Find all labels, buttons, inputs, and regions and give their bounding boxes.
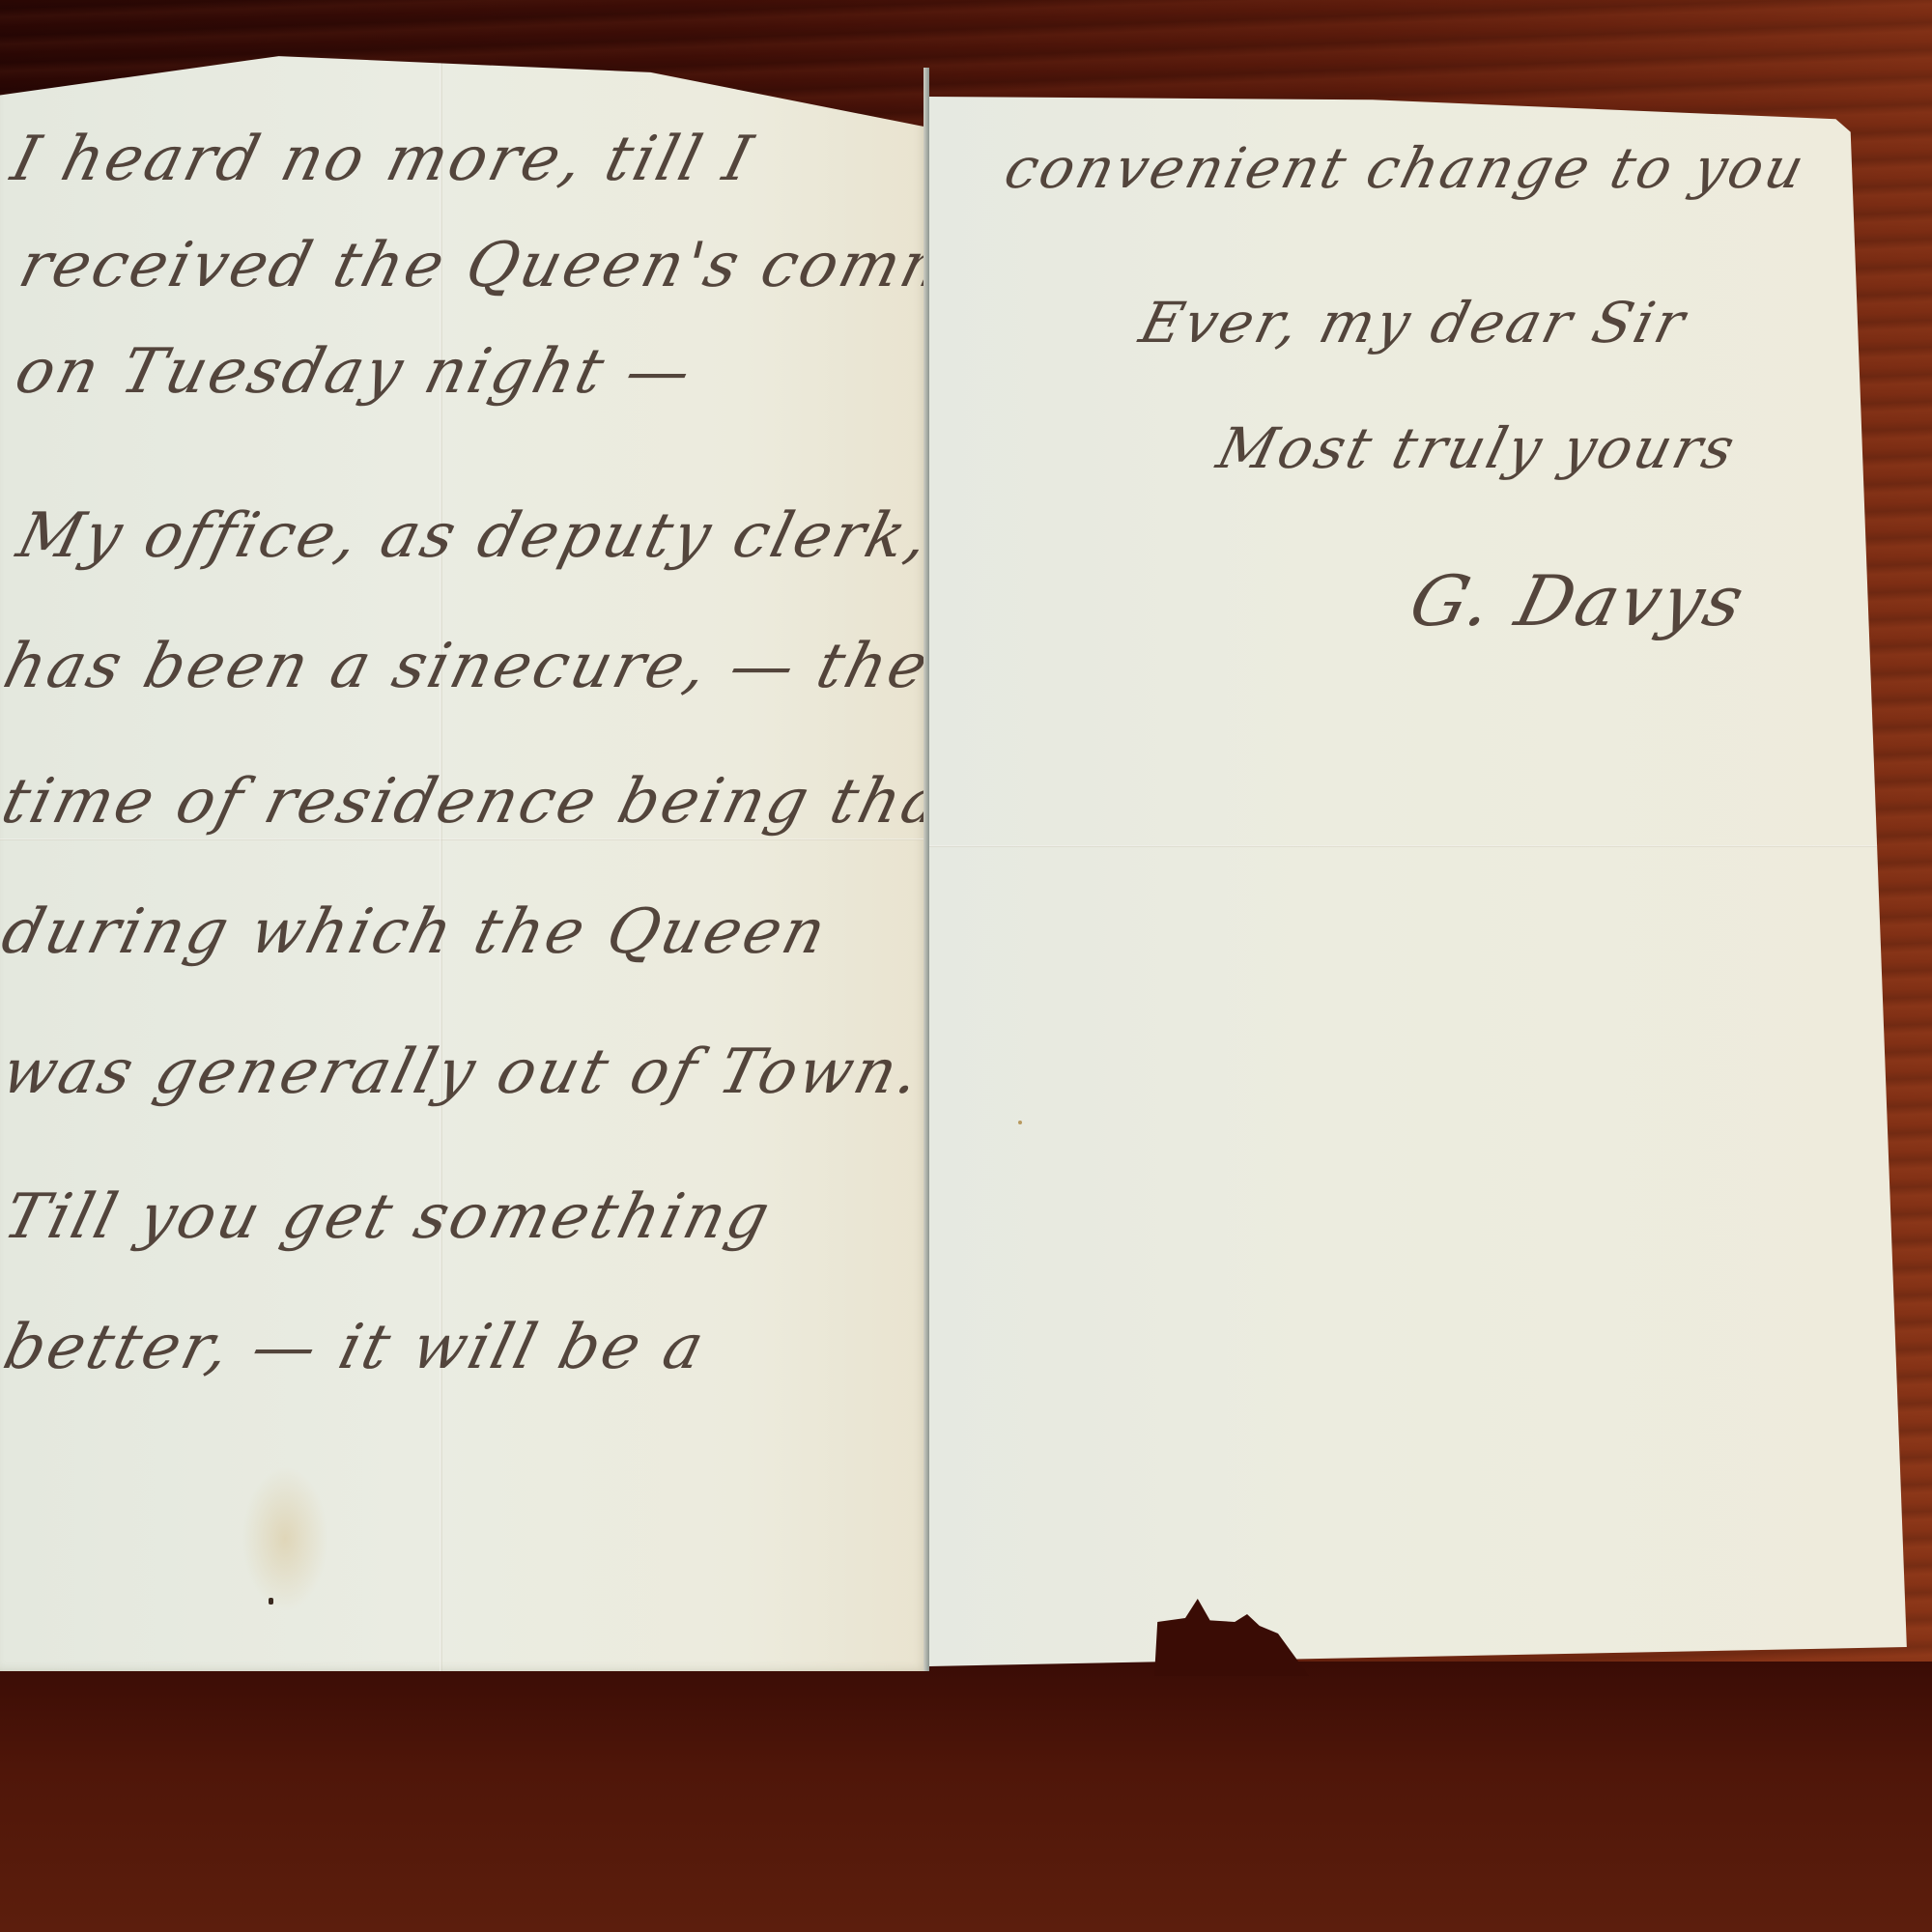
letter-line: was generally out of Town. bbox=[0, 1037, 929, 1108]
letter-line: has been a sinecure, — the bbox=[0, 631, 929, 702]
ink-speck bbox=[269, 1598, 273, 1605]
page-spine-fold bbox=[923, 68, 929, 1671]
letter-line: on Tuesday night — bbox=[9, 336, 701, 408]
horizontal-fold-crease bbox=[929, 845, 1915, 847]
closing-line: Ever, my dear Sir bbox=[1134, 290, 1694, 355]
letter-line: better, — it will be a bbox=[0, 1312, 713, 1383]
letter-line: convenient change to you bbox=[999, 135, 1814, 201]
right-page: convenient change to you Ever, my dear S… bbox=[929, 58, 1915, 1666]
letter-line: My office, as deputy clerk, bbox=[11, 500, 929, 572]
horizontal-fold-crease bbox=[0, 838, 929, 840]
letter-line: during which the Queen bbox=[0, 896, 836, 968]
letter-line: I heard no more, till I bbox=[5, 124, 761, 195]
letter-line: received the Queen's commands bbox=[13, 230, 929, 301]
signature: G. Davys bbox=[1403, 560, 1755, 641]
letter-line: Till you get something bbox=[0, 1181, 779, 1253]
wood-table-foreground bbox=[0, 1662, 1932, 1932]
paper-stain bbox=[241, 1466, 328, 1611]
left-page: I heard no more, till I received the Que… bbox=[0, 46, 929, 1671]
paper-speck bbox=[1018, 1121, 1022, 1124]
closing-line: Most truly yours bbox=[1211, 415, 1744, 481]
letter-line: time of residence being that, bbox=[0, 766, 929, 838]
